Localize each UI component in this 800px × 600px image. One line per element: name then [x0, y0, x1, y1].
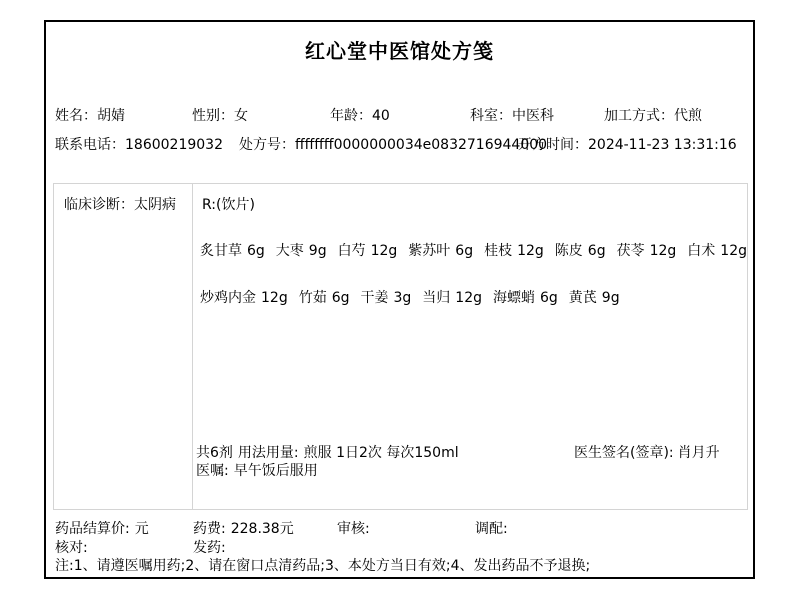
herb-item: 茯苓12g	[617, 243, 677, 259]
herb-item: 当归12g	[422, 290, 482, 306]
advice-line: 医嘱:早午饭后服用	[196, 462, 459, 480]
review-label: 审核:	[337, 521, 370, 537]
field-check: 核对:	[55, 540, 88, 557]
herb-dose: 6g	[455, 243, 473, 259]
footer-row-1: 药品结算价:元 药费:228.38元 审核: 调配:	[55, 521, 753, 540]
field-department: 科室：中医科	[470, 108, 554, 124]
herb-item: 桂枝12g	[484, 243, 544, 259]
herb-name: 海螵蛸	[493, 290, 535, 306]
herb-dose: 12g	[371, 243, 398, 259]
field-prescription-no: 处方号：ffffffff0000000034e0832716944000	[239, 137, 547, 153]
field-phone: 联系电话：18600219032	[55, 137, 223, 153]
field-name: 姓名：胡婧	[55, 108, 125, 124]
herb-item: 陈皮6g	[555, 243, 606, 259]
field-name-label: 姓名：	[55, 108, 97, 124]
doctor-signature: 医生签名(签章):肖月升	[574, 444, 724, 462]
field-issue-time-label: 开方时间：	[518, 137, 588, 153]
herb-dose: 6g	[588, 243, 606, 259]
field-issue-time-value: 2024-11-23 13:31:16	[588, 137, 737, 153]
herb-line-1: 炙甘草6g大枣9g白芍12g紫苏叶6g桂枝12g陈皮6g茯苓12g白术12g	[200, 243, 743, 260]
herb-name: 紫苏叶	[408, 243, 450, 259]
herb-name: 陈皮	[555, 243, 583, 259]
herb-item: 海螵蛸6g	[493, 290, 558, 306]
herb-name: 炒鸡内金	[200, 290, 256, 306]
herb-name: 茯苓	[617, 243, 645, 259]
herb-line-2: 炒鸡内金12g竹茹6g干姜3g当归12g海螵蛸6g黄芪9g	[200, 290, 743, 307]
field-age-label: 年龄：	[330, 108, 372, 124]
diagnosis-column: 临床诊断：太阴病	[54, 184, 193, 509]
field-department-label: 科室：	[470, 108, 512, 124]
field-department-value: 中医科	[512, 108, 554, 124]
herb-dose: 3g	[394, 290, 412, 306]
page-title: 红心堂中医馆处方笺	[46, 35, 753, 64]
herb-item: 白术12g	[687, 243, 747, 259]
herb-dose: 9g	[602, 290, 620, 306]
field-phone-value: 18600219032	[125, 137, 223, 153]
total-doses: 共6剂	[196, 445, 233, 461]
diagnosis-label: 临床诊断：	[64, 197, 134, 213]
herb-dose: 6g	[332, 290, 350, 306]
herb-dose: 9g	[309, 243, 327, 259]
prescription-document: 红心堂中医馆处方笺 姓名：胡婧 性别：女 年龄：40 科室：中医科 加工方式：代…	[44, 20, 755, 579]
field-gender-label: 性别：	[192, 108, 234, 124]
rx-column: R:(饮片) 炙甘草6g大枣9g白芍12g紫苏叶6g桂枝12g陈皮6g茯苓12g…	[194, 184, 747, 509]
herb-name: 桂枝	[484, 243, 512, 259]
check-label: 核对:	[55, 540, 88, 556]
patient-info-row-2: 联系电话：18600219032 处方号：ffffffff0000000034e…	[55, 137, 753, 155]
dispense-label: 发药:	[193, 540, 226, 556]
herb-item: 紫苏叶6g	[408, 243, 473, 259]
herb-name: 白芍	[338, 243, 366, 259]
field-gender-value: 女	[234, 108, 248, 124]
field-gender: 性别：女	[192, 108, 248, 124]
herb-item: 竹茹6g	[299, 290, 350, 306]
field-prescription-no-value: ffffffff0000000034e0832716944000	[295, 137, 547, 153]
herb-dose: 12g	[261, 290, 288, 306]
field-phone-label: 联系电话：	[55, 137, 125, 153]
herb-dose: 12g	[517, 243, 544, 259]
herb-dose: 12g	[455, 290, 482, 306]
prescription-body-box: 临床诊断：太阴病 R:(饮片) 炙甘草6g大枣9g白芍12g紫苏叶6g桂枝12g…	[53, 183, 748, 510]
usage-block: 共6剂用法用量:煎服 1日2次 每次150ml 医嘱:早午饭后服用	[196, 444, 459, 480]
footer-row-2: 核对: 发药:	[55, 540, 753, 559]
herb-dose: 12g	[650, 243, 677, 259]
herb-name: 大枣	[276, 243, 304, 259]
field-drug-fee: 药费:228.38元	[193, 521, 294, 538]
footer-note: 注:1、请遵医嘱用药;2、请在窗口点清药品;3、本处方当日有效;4、发出药品不予…	[55, 558, 590, 575]
herb-dose: 12g	[720, 243, 747, 259]
herb-name: 当归	[422, 290, 450, 306]
herb-name: 白术	[687, 243, 715, 259]
herb-name: 竹茹	[299, 290, 327, 306]
advice-label: 医嘱:	[196, 463, 229, 479]
herb-item: 黄芪9g	[569, 290, 620, 306]
prescription-page: 红心堂中医馆处方笺 姓名：胡婧 性别：女 年龄：40 科室：中医科 加工方式：代…	[0, 0, 800, 600]
field-review: 审核:	[337, 521, 370, 538]
settle-price-label: 药品结算价:	[55, 521, 130, 537]
settle-price-value: 元	[135, 521, 149, 537]
signature-label: 医生签名(签章):	[574, 445, 674, 461]
field-age-value: 40	[372, 108, 390, 124]
footer-note-row: 注:1、请遵医嘱用药;2、请在窗口点清药品;3、本处方当日有效;4、发出药品不予…	[55, 558, 753, 577]
field-prescription-no-label: 处方号：	[239, 137, 295, 153]
usage-value: 煎服 1日2次 每次150ml	[304, 445, 459, 461]
herb-item: 炒鸡内金12g	[200, 290, 288, 306]
herb-dose: 6g	[247, 243, 265, 259]
signature-value: 肖月升	[678, 445, 720, 461]
herb-item: 大枣9g	[276, 243, 327, 259]
clinical-diagnosis: 临床诊断：太阴病	[64, 197, 176, 214]
field-issue-time: 开方时间：2024-11-23 13:31:16	[518, 137, 737, 153]
herb-name: 黄芪	[569, 290, 597, 306]
usage-label: 用法用量:	[238, 445, 299, 461]
herb-name: 干姜	[361, 290, 389, 306]
field-processing: 加工方式：代煎	[604, 108, 702, 124]
herb-name: 炙甘草	[200, 243, 242, 259]
herb-item: 炙甘草6g	[200, 243, 265, 259]
field-allocate: 调配:	[475, 521, 508, 538]
field-settle-price: 药品结算价:元	[55, 521, 149, 538]
advice-value: 早午饭后服用	[234, 463, 318, 479]
field-age: 年龄：40	[330, 108, 390, 124]
diagnosis-value: 太阴病	[134, 197, 176, 213]
rx-header: R:(饮片)	[202, 197, 255, 214]
drug-fee-label: 药费:	[193, 521, 226, 537]
field-name-value: 胡婧	[97, 108, 125, 124]
drug-fee-value: 228.38元	[231, 521, 294, 537]
herb-item: 干姜3g	[361, 290, 412, 306]
patient-info-row-1: 姓名：胡婧 性别：女 年龄：40 科室：中医科 加工方式：代煎	[55, 108, 753, 126]
herb-item: 白芍12g	[338, 243, 398, 259]
herb-dose: 6g	[540, 290, 558, 306]
allocate-label: 调配:	[475, 521, 508, 537]
field-dispense: 发药:	[193, 540, 226, 557]
usage-line: 共6剂用法用量:煎服 1日2次 每次150ml	[196, 444, 459, 462]
field-processing-value: 代煎	[674, 108, 702, 124]
field-processing-label: 加工方式：	[604, 108, 674, 124]
